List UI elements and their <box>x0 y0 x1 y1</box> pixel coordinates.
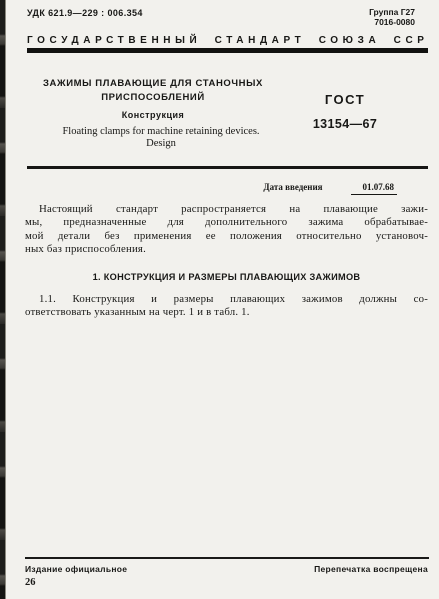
section-1-heading: 1. КОНСТРУКЦИЯ И РАЗМЕРЫ ПЛАВАЮЩИХ ЗАЖИМ… <box>25 272 428 282</box>
date-label: Дата введения <box>263 182 322 192</box>
reprint-forbidden-label: Перепечатка воспрещена <box>314 564 428 574</box>
title-en-line1: Floating clamps for machine retaining de… <box>27 126 295 138</box>
document-subtitle: Конструкция <box>27 110 279 120</box>
intro-line: Настоящий стандарт распространяется на п… <box>25 203 428 216</box>
udk-code: УДК 621.9—229 : 006.354 <box>27 8 143 18</box>
official-edition-label: Издание официальное <box>25 564 127 574</box>
footer-rule <box>25 557 429 559</box>
intro-line: мой детали без применения ее положения о… <box>25 230 428 243</box>
intro-line: мы, предназначенные для дополнительного … <box>25 216 428 229</box>
document-page: УДК 621.9—229 : 006.354 Группа Г27 7016-… <box>0 0 439 599</box>
intro-paragraph: Настоящий стандарт распространяется на п… <box>25 203 428 256</box>
date-value: 01.07.68 <box>351 182 398 195</box>
clause-1-1-paragraph: 1.1. Конструкция и размеры плавающих заж… <box>25 293 428 320</box>
gost-label: ГОСТ <box>300 92 390 107</box>
standard-designation: ГОСТ 13154—67 <box>300 92 390 131</box>
document-title-en: Floating clamps for machine retaining de… <box>27 126 295 149</box>
scan-edge-strip <box>0 0 6 599</box>
intro-line: ных баз приспособления. <box>25 243 428 256</box>
effective-date-row: Дата введения 01.07.68 <box>263 182 397 195</box>
group-codes: Группа Г27 7016-0080 <box>369 8 428 27</box>
registry-code: 7016-0080 <box>369 18 415 28</box>
top-codes-row: УДК 621.9—229 : 006.354 Группа Г27 7016-… <box>27 8 428 27</box>
footer-row: Издание официальное Перепечатка воспреще… <box>25 564 428 574</box>
title-en-line2: Design <box>27 138 295 150</box>
clause-line: 1.1. Конструкция и размеры плавающих заж… <box>25 293 428 306</box>
clause-line: ответствовать указанным на черт. 1 и в т… <box>25 306 428 319</box>
gost-number: 13154—67 <box>300 117 390 131</box>
standard-series-header: ГОСУДАРСТВЕННЫЙ СТАНДАРТ СОЮЗА ССР <box>27 35 428 46</box>
title-block-rule <box>27 166 428 169</box>
header-rule <box>27 48 428 53</box>
document-title-ru: ЗАЖИМЫ ПЛАВАЮЩИЕ ДЛЯ СТАНОЧНЫХ ПРИСПОСОБ… <box>27 77 279 104</box>
page-number: 26 <box>25 577 36 588</box>
